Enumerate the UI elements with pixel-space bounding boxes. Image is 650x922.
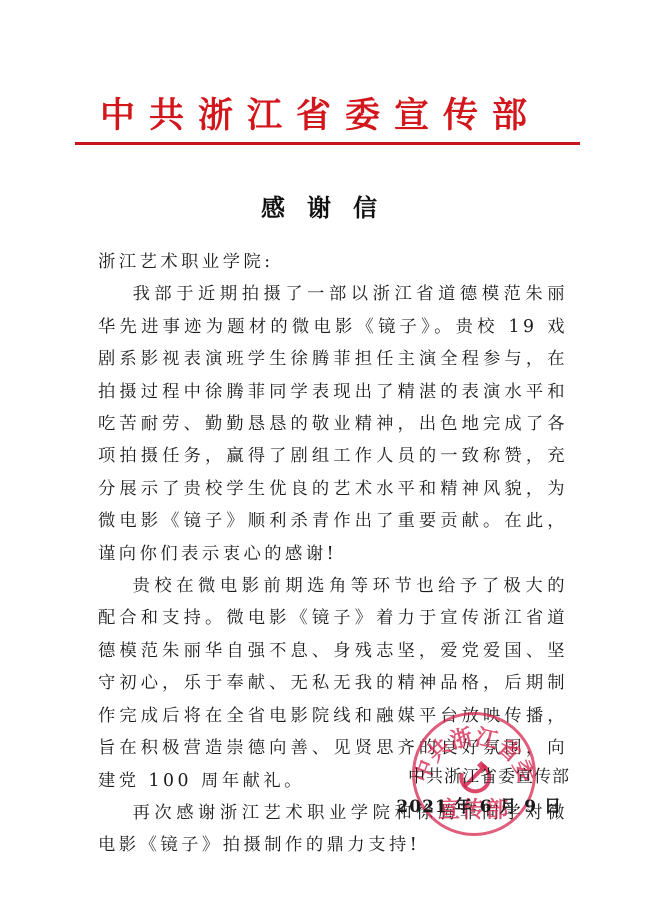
signature-organization: 中共浙江省委宣传部 bbox=[370, 762, 570, 792]
salutation: 浙江艺术职业学院: bbox=[98, 246, 568, 278]
letterhead-divider bbox=[75, 142, 580, 145]
letter-title: 感谢信 bbox=[0, 188, 650, 223]
signature-block: 中共浙江省委宣传部 2021 年 6 月 9 日 bbox=[370, 762, 570, 822]
paragraph-1: 我部于近期拍摄了一部以浙江省道德模范朱丽华先进事迹为题材的微电影《镜子》。贵校 … bbox=[98, 278, 568, 570]
letterhead-org-name: 中共浙江省委宣传部 bbox=[100, 96, 550, 136]
signature-date: 2021 年 6 月 9 日 bbox=[370, 792, 570, 822]
